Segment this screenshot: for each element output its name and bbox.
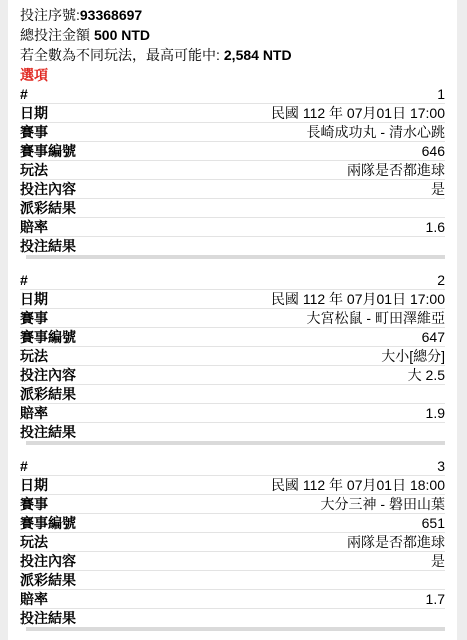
row-label: 投注結果	[20, 424, 76, 440]
detail-row: 投注內容 是	[20, 552, 445, 571]
section-divider	[26, 255, 445, 259]
row-label: 賠率	[20, 591, 48, 607]
detail-row: 投注結果	[20, 609, 445, 627]
row-label: 賽事	[20, 124, 48, 140]
bet-max-win-line: 若全數為不同玩法，最高可能中:2,584 NTD	[20, 45, 445, 65]
detail-row: 日期 民國 112 年 07月01日 17:00	[20, 104, 445, 123]
selection-rows: # 2 日期 民國 112 年 07月01日 17:00 賽事 大宮松鼠 - 町…	[20, 271, 445, 441]
row-label: 投注結果	[20, 238, 76, 254]
row-value: 民國 112 年 07月01日 17:00	[271, 105, 445, 121]
detail-row: # 1	[20, 85, 445, 104]
row-value: 民國 112 年 07月01日 17:00	[271, 291, 445, 307]
row-value: 646	[422, 143, 445, 159]
detail-row: 賠率 1.9	[20, 404, 445, 423]
selection-rows: # 3 日期 民國 112 年 07月01日 18:00 賽事 大分三神 - 磐…	[20, 457, 445, 627]
detail-row: 玩法 兩隊是否都進球	[20, 533, 445, 552]
bet-max-win-label: 若全數為不同玩法，最高可能中:	[20, 47, 220, 63]
section-divider	[26, 441, 445, 445]
row-label: 賠率	[20, 219, 48, 235]
bet-total-label: 總投注金額	[20, 27, 90, 43]
bet-max-win-value: 2,584 NTD	[224, 47, 292, 63]
row-label: 派彩結果	[20, 572, 76, 588]
row-value: 1.9	[426, 405, 445, 421]
bet-detail-page: 投注序號:93368697 總投注金額500 NTD 若全數為不同玩法，最高可能…	[0, 0, 467, 640]
detail-row: # 2	[20, 271, 445, 290]
row-label: 投注內容	[20, 181, 76, 197]
detail-row: 賽事 大宮松鼠 - 町田澤維亞	[20, 309, 445, 328]
detail-row: 投注內容 是	[20, 180, 445, 199]
bet-serial-line: 投注序號:93368697	[20, 5, 445, 25]
detail-row: 投注結果	[20, 237, 445, 255]
detail-row: 投注結果	[20, 423, 445, 441]
row-value: 大小[總分]	[381, 348, 445, 364]
bet-summary: 投注序號:93368697 總投注金額500 NTD 若全數為不同玩法，最高可能…	[20, 5, 445, 85]
row-label: 日期	[20, 477, 48, 493]
row-value: 長崎成功丸 - 清水心跳	[307, 124, 445, 140]
row-value: 2	[437, 272, 445, 288]
row-label: #	[20, 86, 28, 102]
row-value: 大宮松鼠 - 町田澤維亞	[307, 310, 445, 326]
row-value: 大 2.5	[408, 367, 445, 383]
row-label: #	[20, 272, 28, 288]
row-value: 3	[437, 458, 445, 474]
row-label: 玩法	[20, 534, 48, 550]
row-label: 賽事	[20, 310, 48, 326]
row-value: 1	[437, 86, 445, 102]
row-label: 派彩結果	[20, 200, 76, 216]
row-label: 賽事編號	[20, 515, 76, 531]
detail-row: 日期 民國 112 年 07月01日 17:00	[20, 290, 445, 309]
row-value: 大分三神 - 磐田山葉	[321, 496, 445, 512]
options-title: 選項	[20, 65, 445, 85]
detail-row: 賽事編號 647	[20, 328, 445, 347]
row-label: #	[20, 458, 28, 474]
bet-serial-value: 93368697	[80, 7, 142, 23]
row-label: 賽事編號	[20, 329, 76, 345]
row-value: 1.6	[426, 219, 445, 235]
row-value: 兩隊是否都進球	[347, 534, 445, 550]
detail-row: 賠率 1.6	[20, 218, 445, 237]
selection-section: # 2 日期 民國 112 年 07月01日 17:00 賽事 大宮松鼠 - 町…	[20, 271, 445, 445]
bet-serial-label: 投注序號:	[20, 7, 80, 23]
detail-row: 玩法 兩隊是否都進球	[20, 161, 445, 180]
detail-row: 賠率 1.7	[20, 590, 445, 609]
detail-row: 玩法 大小[總分]	[20, 347, 445, 366]
detail-row: 賽事編號 646	[20, 142, 445, 161]
row-value: 兩隊是否都進球	[347, 162, 445, 178]
row-label: 賠率	[20, 405, 48, 421]
row-value: 647	[422, 329, 445, 345]
detail-row: 派彩結果	[20, 571, 445, 590]
row-value: 651	[422, 515, 445, 531]
row-label: 派彩結果	[20, 386, 76, 402]
bet-slip-card: 投注序號:93368697 總投注金額500 NTD 若全數為不同玩法，最高可能…	[8, 0, 457, 640]
row-label: 日期	[20, 105, 48, 121]
detail-row: 日期 民國 112 年 07月01日 18:00	[20, 476, 445, 495]
detail-row: 賽事 長崎成功丸 - 清水心跳	[20, 123, 445, 142]
section-divider	[26, 627, 445, 631]
bet-total-line: 總投注金額500 NTD	[20, 25, 445, 45]
row-label: 投注結果	[20, 610, 76, 626]
detail-row: 派彩結果	[20, 199, 445, 218]
row-label: 玩法	[20, 348, 48, 364]
row-label: 賽事編號	[20, 143, 76, 159]
row-value: 1.7	[426, 591, 445, 607]
row-label: 玩法	[20, 162, 48, 178]
selection-section: # 1 日期 民國 112 年 07月01日 17:00 賽事 長崎成功丸 - …	[20, 85, 445, 259]
detail-row: 賽事 大分三神 - 磐田山葉	[20, 495, 445, 514]
row-label: 投注內容	[20, 367, 76, 383]
row-label: 日期	[20, 291, 48, 307]
detail-row: 賽事編號 651	[20, 514, 445, 533]
detail-row: 投注內容 大 2.5	[20, 366, 445, 385]
selections-list: # 1 日期 民國 112 年 07月01日 17:00 賽事 長崎成功丸 - …	[20, 85, 445, 631]
row-value: 是	[431, 181, 445, 197]
row-label: 賽事	[20, 496, 48, 512]
selection-section: # 3 日期 民國 112 年 07月01日 18:00 賽事 大分三神 - 磐…	[20, 457, 445, 631]
detail-row: # 3	[20, 457, 445, 476]
row-value: 是	[431, 553, 445, 569]
bet-total-value: 500 NTD	[94, 27, 150, 43]
row-label: 投注內容	[20, 553, 76, 569]
row-value: 民國 112 年 07月01日 18:00	[271, 477, 445, 493]
selection-rows: # 1 日期 民國 112 年 07月01日 17:00 賽事 長崎成功丸 - …	[20, 85, 445, 255]
detail-row: 派彩結果	[20, 385, 445, 404]
